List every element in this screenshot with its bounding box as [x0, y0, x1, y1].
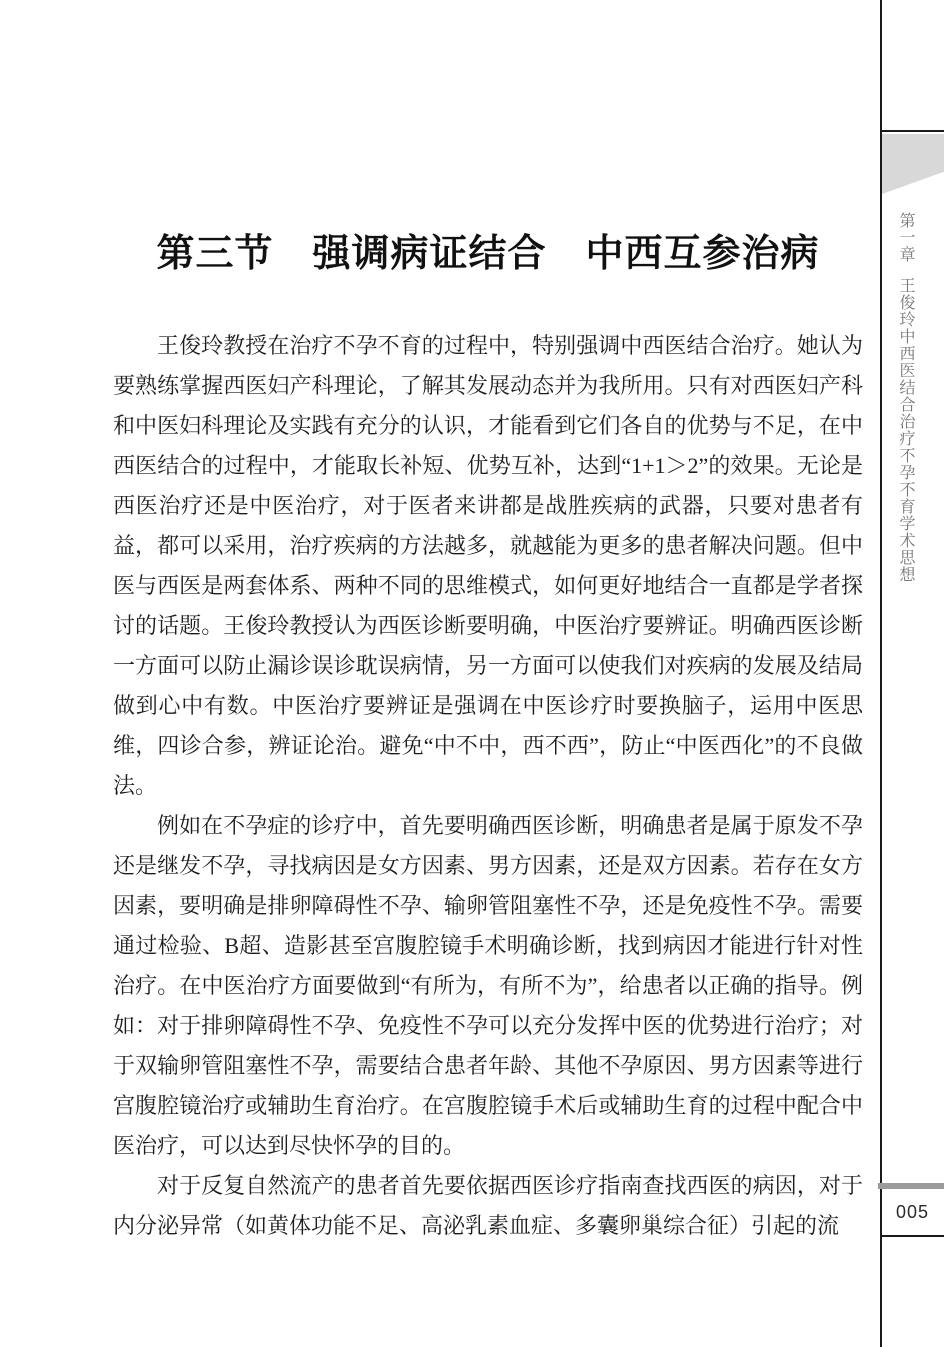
- chapter-title: 王俊玲中西医结合治疗不孕不育学术思想: [897, 277, 914, 583]
- body-paragraph: 王俊玲教授在治疗不孕不育的过程中，特别强调中西医结合治疗。她认为要熟练掌握西医妇…: [113, 326, 863, 806]
- chapter-sidebar: 第一章王俊玲中西医结合治疗不孕不育学术思想: [889, 212, 921, 612]
- body-text-column: 王俊玲教授在治疗不孕不育的过程中，特别强调中西医结合治疗。她认为要熟练掌握西医妇…: [113, 326, 863, 1246]
- chapter-label: 第一章: [897, 212, 914, 263]
- body-paragraph: 例如在不孕症的诊疗中，首先要明确西医诊断，明确患者是属于原发不孕还是继发不孕，寻…: [113, 806, 863, 1166]
- book-page: 第三节 强调病证结合 中西互参治病 王俊玲教授在治疗不孕不育的过程中，特别强调中…: [0, 0, 944, 1347]
- corner-decoration-shape: [882, 134, 944, 194]
- sidebar-rule-line: [880, 0, 882, 1347]
- page-number: 005: [881, 1198, 944, 1226]
- section-title: 第三节 强调病证结合 中西互参治病: [113, 230, 863, 278]
- body-paragraph: 对于反复自然流产的患者首先要依据西医诊疗指南查找西医的病因，对于内分泌异常（如黄…: [113, 1166, 863, 1246]
- footer-gray-bar: [878, 1183, 944, 1189]
- header-rule-line: [880, 130, 944, 132]
- footer-rule-line: [881, 1235, 944, 1237]
